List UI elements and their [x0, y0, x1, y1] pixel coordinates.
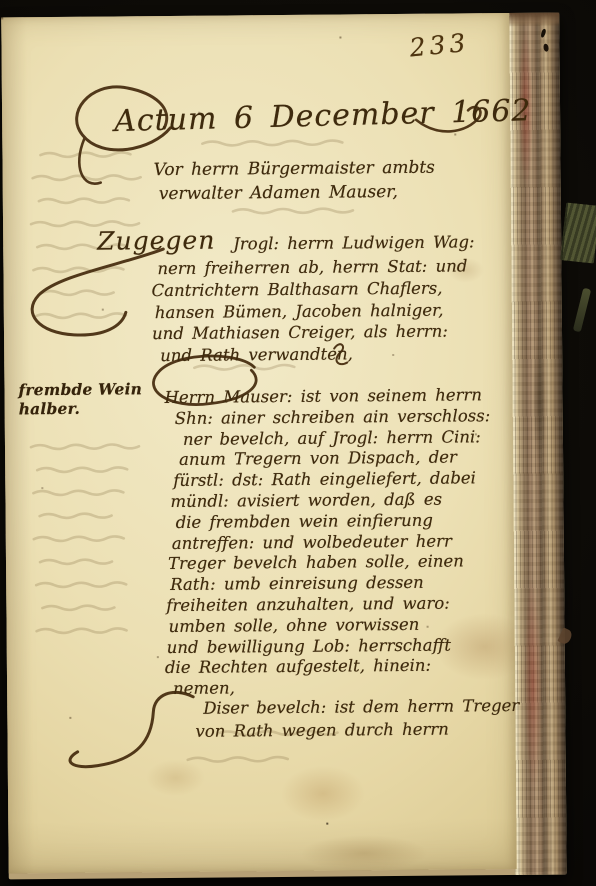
- manuscript-line: nern freiherren ab, herrn Stat: und: [157, 255, 467, 280]
- manuscript-line: fürstl: dst: Rath eingeliefert, dabei: [173, 468, 491, 492]
- manuscript-line: freiheiten anzuhalten, und waro:: [166, 593, 492, 617]
- margin-note: frembde Wein halber.: [18, 379, 142, 418]
- closing-paragraph: Diser bevelch: ist dem herrn Treger von …: [203, 694, 519, 743]
- manuscript-line: und bewilligung Lob: herrschafft: [167, 635, 493, 659]
- page-number: 233: [408, 28, 470, 63]
- manuscript-line: von Rath wegen durch herrn: [195, 717, 519, 743]
- manuscript-line: die Rechten aufgestelt, hinein:: [165, 656, 493, 680]
- manuscript-line: und Rath verwandten,: [160, 343, 468, 367]
- bookmark-strap-tail: [573, 288, 591, 333]
- manuscript-line: verwalter Adamen Mauser,: [159, 180, 435, 206]
- paper-specks: [1, 17, 3, 19]
- manuscript-line: ner bevelch, auf Jrogl: herrn Cini:: [183, 427, 491, 450]
- manuscript-page: 233 Actum 6 December 1662 Vor herrn Bürg…: [1, 13, 516, 873]
- manuscript-line: Vor herrn Bürgermaister ambts: [153, 156, 434, 182]
- manuscript-line: mündl: avisiert worden, daß es: [170, 489, 491, 513]
- manuscript-line: Herrn Mauser: ist von seinem herrn: [164, 385, 490, 409]
- ink-stain: [543, 43, 549, 52]
- manuscript-line: Treger bevelch haben solle, einen: [168, 552, 492, 576]
- manuscript-line: antreffen: und wolbedeuter herr: [172, 531, 492, 555]
- manuscript-line: Jrogl: herrn Ludwigen Wag:: [233, 232, 475, 253]
- bookmark-strap: [560, 202, 596, 263]
- manuscript-line: Shn: ainer schreiben ain verschloss:: [175, 406, 491, 430]
- book-block: 233 Actum 6 December 1662 Vor herrn Bürg…: [1, 13, 567, 880]
- book-fore-edge-pages: [507, 13, 567, 875]
- ink-stain: [540, 28, 546, 38]
- manuscript-line: Diser bevelch: ist dem herrn Treger: [203, 694, 519, 720]
- manuscript-line: anum Tregern von Dispach, der: [179, 448, 491, 472]
- manuscript-line: frembde Wein: [18, 379, 142, 399]
- manuscript-line: die frembden wein einfierung: [176, 510, 492, 534]
- manuscript-line: hansen Bümen, Jacoben halniger,: [155, 299, 468, 324]
- intro-paragraph: Vor herrn Bürgermaister ambts verwalter …: [153, 156, 435, 206]
- manuscript-scan: 233 Actum 6 December 1662 Vor herrn Bürg…: [0, 0, 596, 886]
- entry-date-heading: Actum 6 December 1662: [114, 93, 532, 139]
- manuscript-line: und Mathiasen Creiger, als herrn:: [152, 321, 468, 346]
- attendance-paragraph: nern freiherren ab, herrn Stat: und Cant…: [151, 255, 468, 367]
- manuscript-line: Cantrichtern Balthasarn Chaflers,: [152, 277, 468, 302]
- main-entry-paragraph: Herrn Mauser: ist von seinem herrn Shn: …: [164, 385, 492, 700]
- manuscript-line: umben solle, ohne vorwissen: [168, 614, 492, 638]
- manuscript-line: halber.: [19, 398, 143, 418]
- attendance-opening-word: Zugegen: [97, 226, 215, 256]
- manuscript-line: Rath: umb einreisung dessen: [170, 572, 492, 596]
